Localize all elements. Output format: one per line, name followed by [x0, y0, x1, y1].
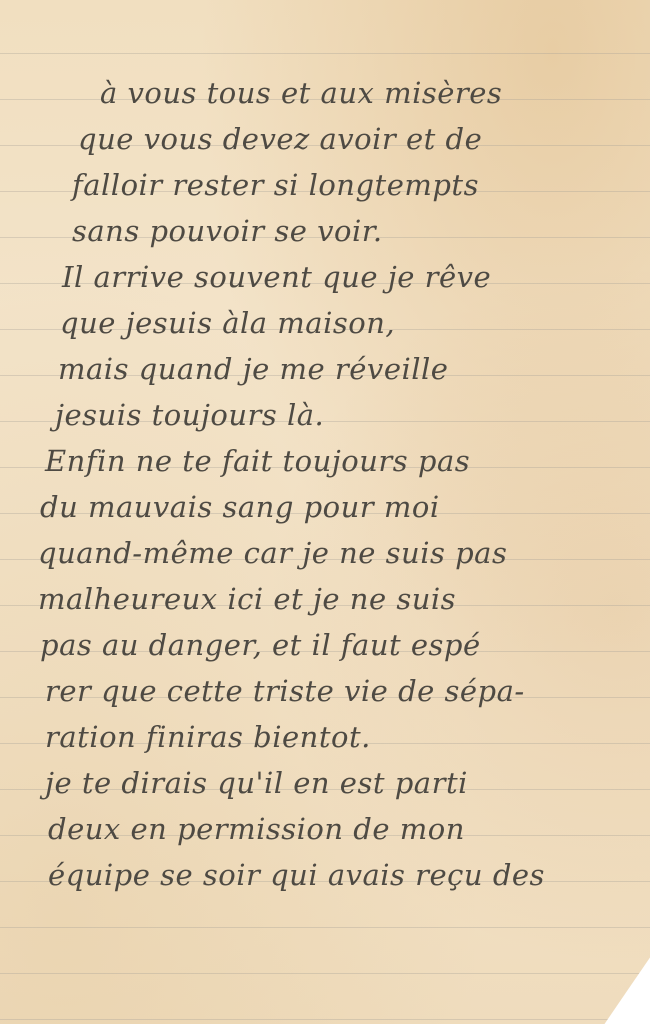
line-text: du mauvais sang pour moi: [40, 490, 440, 524]
line-text: Il arrive souvent que je rêve: [62, 260, 491, 294]
line-text: mais quand je me réveille: [58, 352, 448, 386]
text-line: Il arrive souvent que je rêve: [0, 254, 650, 300]
text-line: sans pouvoir se voir.: [0, 208, 650, 254]
text-line: équipe se soir qui avais reçu des: [0, 852, 650, 898]
line-text: falloir rester si longtempts: [72, 168, 479, 202]
text-line: jesuis toujours là.: [0, 392, 650, 438]
text-line: à vous tous et aux misères: [0, 70, 650, 116]
letter-body: à vous tous et aux misères que vous deve…: [0, 70, 650, 898]
text-line: malheureux ici et je ne suis: [0, 576, 650, 622]
text-line: que vous devez avoir et de: [0, 116, 650, 162]
text-line: rer que cette triste vie de sépa-: [0, 668, 650, 714]
text-line: ration finiras bientot.: [0, 714, 650, 760]
text-line: quand-même car je ne suis pas: [0, 530, 650, 576]
line-text: jesuis toujours là.: [55, 398, 324, 432]
text-line: deux en permission de mon: [0, 806, 650, 852]
text-line: Enfin ne te fait toujours pas: [0, 438, 650, 484]
line-text: deux en permission de mon: [48, 812, 465, 846]
line-text: équipe se soir qui avais reçu des: [48, 858, 545, 892]
line-text: malheureux ici et je ne suis: [38, 582, 456, 616]
line-text: rer que cette triste vie de sépa-: [45, 674, 525, 708]
text-line: falloir rester si longtempts: [0, 162, 650, 208]
text-line: pas au danger, et il faut espé: [0, 622, 650, 668]
text-line: je te dirais qu'il en est parti: [0, 760, 650, 806]
line-text: ration finiras bientot.: [45, 720, 371, 754]
text-line: que jesuis àla maison,: [0, 300, 650, 346]
line-text: que jesuis àla maison,: [60, 306, 395, 340]
text-line: du mauvais sang pour moi: [0, 484, 650, 530]
line-text: que vous devez avoir et de: [78, 122, 482, 156]
line-text: quand-même car je ne suis pas: [38, 536, 507, 570]
line-text: pas au danger, et il faut espé: [40, 628, 481, 662]
line-text: sans pouvoir se voir.: [72, 214, 383, 248]
line-text: à vous tous et aux misères: [100, 76, 502, 110]
line-text: je te dirais qu'il en est parti: [45, 766, 468, 800]
letter-page: à vous tous et aux misères que vous deve…: [0, 0, 650, 1024]
text-line: mais quand je me réveille: [0, 346, 650, 392]
line-text: Enfin ne te fait toujours pas: [45, 444, 470, 478]
